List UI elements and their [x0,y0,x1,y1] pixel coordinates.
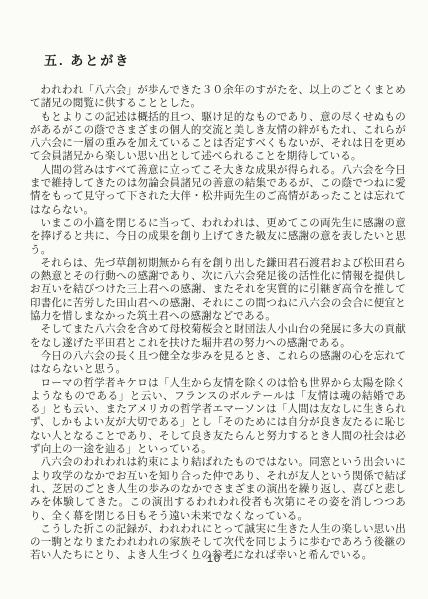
page-number: － 10 － [0,550,428,566]
body-text: われわれ「八六会」が歩んできた３０余年のすがたを、以上のごとくまとめて諸兄の閲覧… [30,84,406,563]
paragraph: それらは、先づ草創初期無から有を創り出した鎌田君石渡君および松田君らの熱意とその… [30,257,406,323]
paragraph: いまこの小篇を閉じるに当って、われわれは、更めてこの両先生に感謝の意を捧げると共… [30,217,406,257]
paragraph: 八六会のわれわれは約束により結ばれたものではない。同窓という出会いにより攻学のな… [30,456,406,522]
paragraph: 人間の営みはすべて善意に立ってこそ大きな成果が得られる。八六会を今日まで維持して… [30,164,406,217]
section-title: 五. あとがき [44,50,130,69]
paragraph: 今日の八六会の長く且つ健全な歩みを見るとき、これらの感謝の心を忘れてはならないと… [30,350,406,377]
paragraph: もとよりこの記述は概括的且つ、駆け足的なものであり、意の尽くせぬものがあるがこの… [30,111,406,164]
paragraph: ローマの哲学者キケロは「人生から友情を除くのは恰も世界から太陽を除くようなもので… [30,377,406,457]
paragraph: われわれ「八六会」が歩んできた３０余年のすがたを、以上のごとくまとめて諸兄の閲覧… [30,84,406,111]
scanned-document-page: 五. あとがき われわれ「八六会」が歩んできた３０余年のすがたを、以上のごとくま… [0,0,428,599]
paragraph: そしてまた八六会を含めて母校菊桜会と財団法人小山台の発展に多大の貢献をなし遂げた… [30,323,406,350]
